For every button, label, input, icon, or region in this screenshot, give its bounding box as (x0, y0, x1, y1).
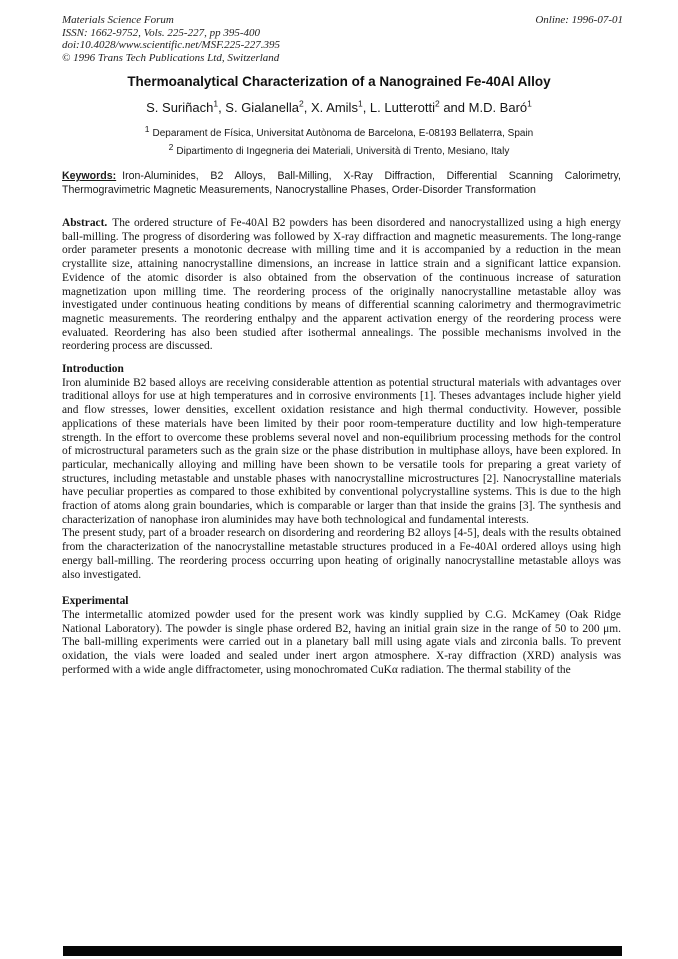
abstract-label: Abstract. (62, 217, 107, 229)
introduction-paragraph-1: Iron aluminide B2 based alloys are recei… (62, 377, 621, 528)
online-date: Online: 1996-07-01 (535, 14, 623, 27)
author-separator: , (363, 100, 370, 115)
author-name: M.D. Baró (469, 100, 528, 115)
affiliation-text: Deparament de Física, Universitat Autòno… (152, 128, 533, 139)
affiliation-text: Dipartimento di Ingegneria dei Materiali… (176, 146, 509, 157)
author-name: X. Amils (311, 100, 358, 115)
experimental-paragraph-1: The intermetallic atomized powder used f… (62, 609, 621, 678)
abstract-paragraph: Abstract.The ordered structure of Fe-40A… (62, 217, 621, 354)
affiliation-mark: 1 (145, 124, 150, 134)
body-column: Abstract.The ordered structure of Fe-40A… (62, 217, 621, 678)
author-name: L. Lutterotti (370, 100, 435, 115)
section-heading-introduction: Introduction (62, 363, 621, 377)
issn-line: ISSN: 1662-9752, Vols. 225-227, pp 395-4… (62, 27, 280, 40)
affiliation-2: 2Dipartimento di Ingegneria dei Material… (0, 146, 678, 157)
keywords-block: Keywords:Iron-Aluminides, B2 Alloys, Bal… (62, 169, 621, 197)
journal-name: Materials Science Forum (62, 14, 280, 27)
affiliation-1: 1Deparament de Física, Universitat Autòn… (0, 128, 678, 139)
keywords-label: Keywords: (62, 170, 116, 182)
introduction-paragraph-2: The present study, part of a broader res… (62, 527, 621, 582)
author-separator: , (304, 100, 311, 115)
affiliation-mark: 2 (169, 142, 174, 152)
author-affil-mark: 1 (527, 99, 532, 109)
keywords-text: Iron-Aluminides, B2 Alloys, Ball-Milling… (62, 170, 621, 196)
paper-page: Materials Science Forum ISSN: 1662-9752,… (0, 0, 678, 959)
journal-imprint: Materials Science Forum ISSN: 1662-9752,… (62, 14, 280, 64)
doi-line: doi:10.4028/www.scientific.net/MSF.225-2… (62, 39, 280, 52)
author-name: S. Suriñach (146, 100, 213, 115)
author-separator: and (440, 100, 469, 115)
scan-artifact-bar (63, 946, 622, 956)
authors-line: S. Suriñach1, S. Gialanella2, X. Amils1,… (0, 100, 678, 115)
copyright-line: © 1996 Trans Tech Publications Ltd, Swit… (62, 52, 280, 65)
section-heading-experimental: Experimental (62, 595, 621, 609)
page-title: Thermoanalytical Characterization of a N… (0, 74, 678, 89)
author-name: S. Gialanella (225, 100, 299, 115)
abstract-text: The ordered structure of Fe-40Al B2 powd… (62, 217, 621, 352)
